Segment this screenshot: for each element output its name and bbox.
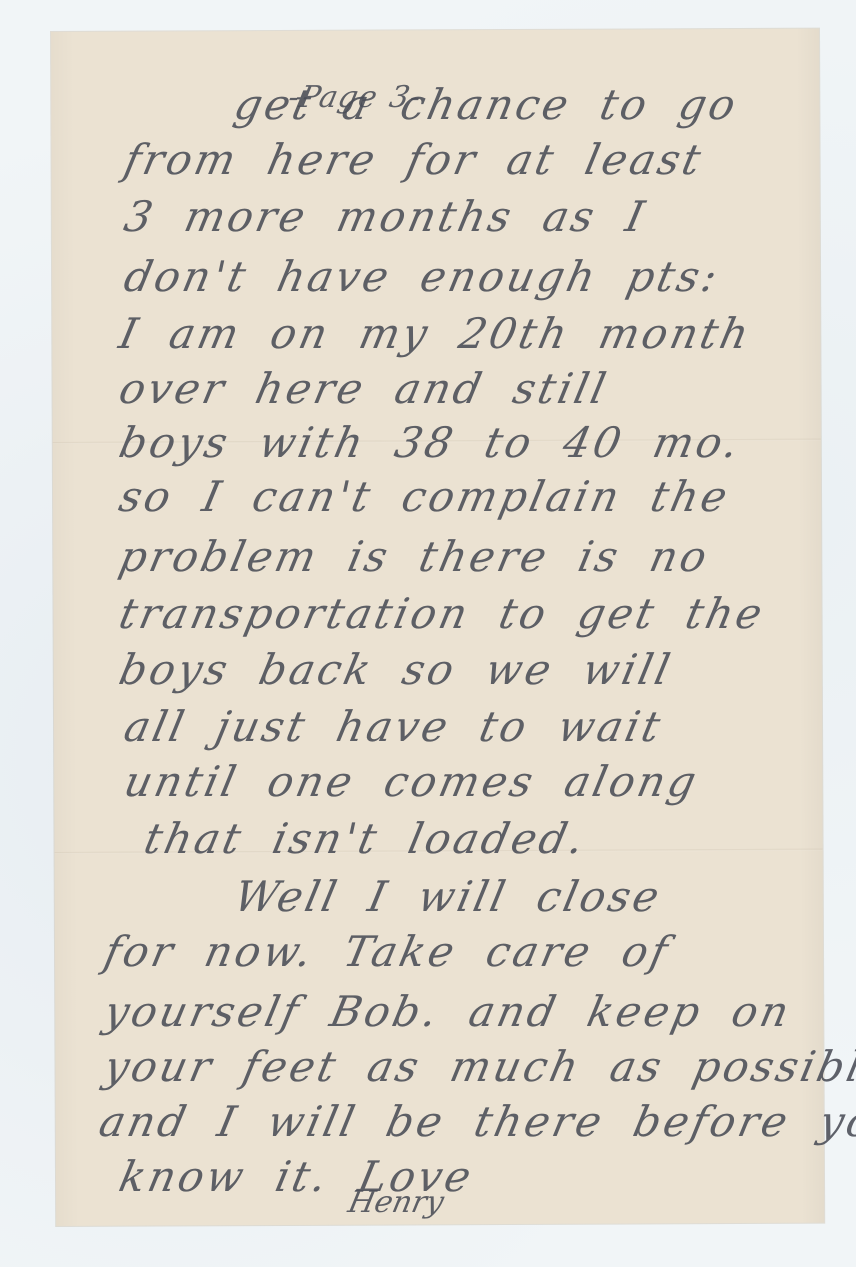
letter-line: transportation to get the bbox=[115, 589, 769, 638]
letter-line: boys with 38 to 40 mo. bbox=[115, 418, 746, 467]
letter-line: I am on my 20th month bbox=[115, 309, 756, 358]
letter-line: so I can't complain the bbox=[115, 472, 735, 521]
letter-line: for now. Take care of bbox=[100, 927, 675, 976]
letter-line: until one comes along bbox=[120, 757, 703, 806]
letter-line: yourself Bob. and keep on bbox=[100, 987, 796, 1036]
letter-line: Well I will close bbox=[230, 872, 666, 921]
signature: Henry bbox=[345, 1185, 447, 1220]
letter-line: problem is there is no bbox=[115, 532, 714, 581]
letter-line: over here and still bbox=[115, 364, 613, 413]
letter-line: your feet as much as possible bbox=[100, 1042, 856, 1091]
letter-line: 3 more months as I bbox=[120, 192, 651, 241]
letter-line: all just have to wait bbox=[120, 702, 667, 751]
letter-line: get a chance to go bbox=[230, 80, 743, 129]
letter-line: that isn't loaded. bbox=[140, 814, 591, 863]
letter-line: from here for at least bbox=[120, 135, 708, 184]
letter-line: and I will be there before you bbox=[95, 1097, 856, 1146]
letter-line: boys back so we will bbox=[115, 645, 677, 694]
letter-line: don't have enough pts: bbox=[120, 252, 724, 301]
